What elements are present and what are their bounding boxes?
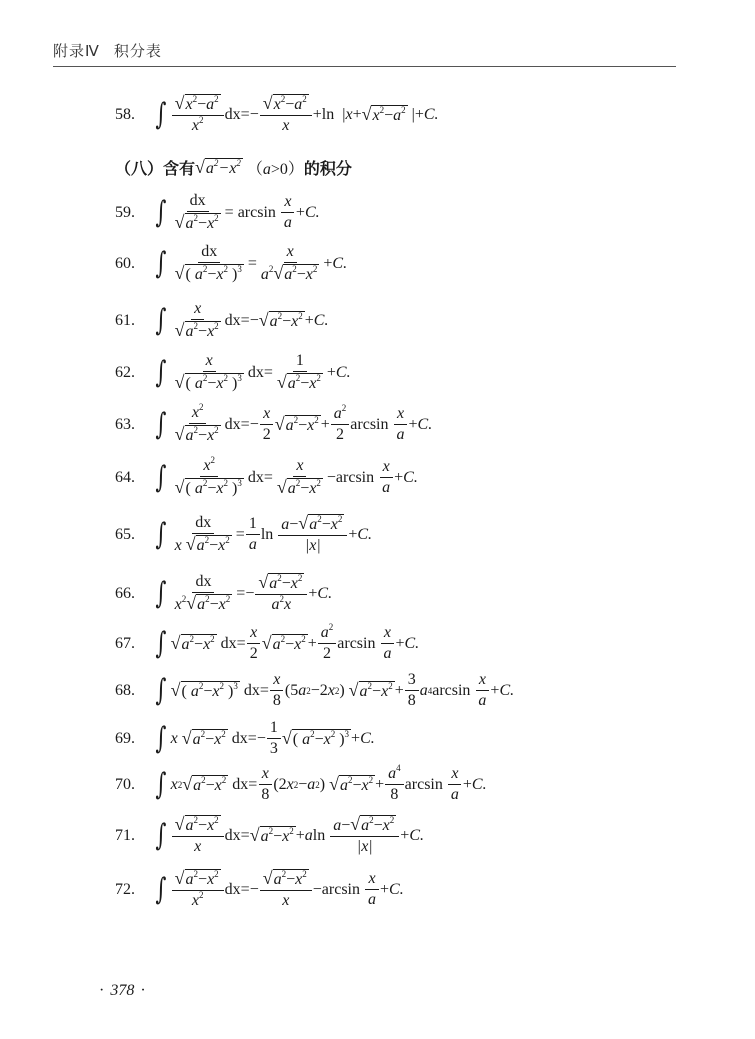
formula-70: 70. ∫ x2√a2−x2 dx= x8 (2x2−a2) √a2−x2 + … xyxy=(115,765,487,805)
integral-sign-icon: ∫ xyxy=(155,770,166,800)
integral-sign-icon: ∫ xyxy=(155,358,166,388)
integral-sign-icon: ∫ xyxy=(155,306,166,336)
integral-sign-icon: ∫ xyxy=(155,724,166,754)
formula-72: 72. ∫ √a2−x2x2 dx=− √a2−x2x −arcsin xa +… xyxy=(115,869,404,911)
formula-62: 62. ∫ x√( a2−x2 )3 dx= 1√a2−x2 +C. xyxy=(115,352,351,394)
formula-68: 68. ∫ √( a2−x2 )3 dx= x8 (5a2−2x2) √a2−x… xyxy=(115,671,514,711)
formula-65: 65. ∫ dxx √a2−x2 = 1a ln a−√a2−x2|x| +C. xyxy=(115,514,372,556)
appendix-label: 附录Ⅳ xyxy=(53,42,100,60)
formula-60: 60. ∫ dx√( a2−x2 )3 = xa2√a2−x2 +C. xyxy=(115,243,347,285)
formula-63: 63. ∫ x2√a2−x2 dx=− x2 √a2−x2 + a22 arcs… xyxy=(115,404,432,446)
integral-sign-icon: ∫ xyxy=(155,249,166,279)
integral-sign-icon: ∫ xyxy=(155,875,166,905)
header-title: 积分表 xyxy=(114,42,162,60)
integral-sign-icon: ∫ xyxy=(155,410,166,440)
formula-number: 58. xyxy=(115,106,153,124)
running-header: 附录Ⅳ积分表 xyxy=(53,40,162,61)
formula-59: 59. ∫ dx√a2−x2 = arcsin xa +C. xyxy=(115,192,320,234)
formula-67: 67. ∫ √a2−x2 dx= x2 √a2−x2 + a22 arcsin … xyxy=(115,624,419,664)
integral-sign-icon: ∫ xyxy=(155,676,166,706)
header-rule xyxy=(53,66,676,67)
formula-69: 69. ∫ x √a2−x2 dx=− 13 √( a2−x2 )3 +C. xyxy=(115,719,375,759)
page-number: ·378· xyxy=(93,982,152,1000)
integral-sign-icon: ∫ xyxy=(155,821,166,851)
integral-sign-icon: ∫ xyxy=(155,463,166,493)
fraction: √x2−a2 x2 xyxy=(172,94,224,136)
integral-sign-icon: ∫ xyxy=(155,579,166,609)
section-heading: （八）含有 √a2−x2 （a>0） 的积分 xyxy=(115,156,352,179)
integral-sign-icon: ∫ xyxy=(155,100,166,130)
integral-sign-icon: ∫ xyxy=(155,629,166,659)
formula-66: 66. ∫ dxx2√a2−x2 =− √a2−x2a2x +C. xyxy=(115,573,332,615)
formula-71: 71. ∫ √a2−x2x dx= √a2−x2 +aln a−√a2−x2|x… xyxy=(115,815,424,857)
formula-58: 58. ∫ √x2−a2 x2 dx=− √x2−a2 x +ln |x+√x2… xyxy=(115,94,439,136)
integral-sign-icon: ∫ xyxy=(155,520,166,550)
integral-sign-icon: ∫ xyxy=(155,198,166,228)
formula-64: 64. ∫ x2√( a2−x2 )3 dx= x√a2−x2 −arcsin … xyxy=(115,457,418,499)
formula-61: 61. ∫ x√a2−x2 dx=− √a2−x2 +C. xyxy=(115,300,328,342)
